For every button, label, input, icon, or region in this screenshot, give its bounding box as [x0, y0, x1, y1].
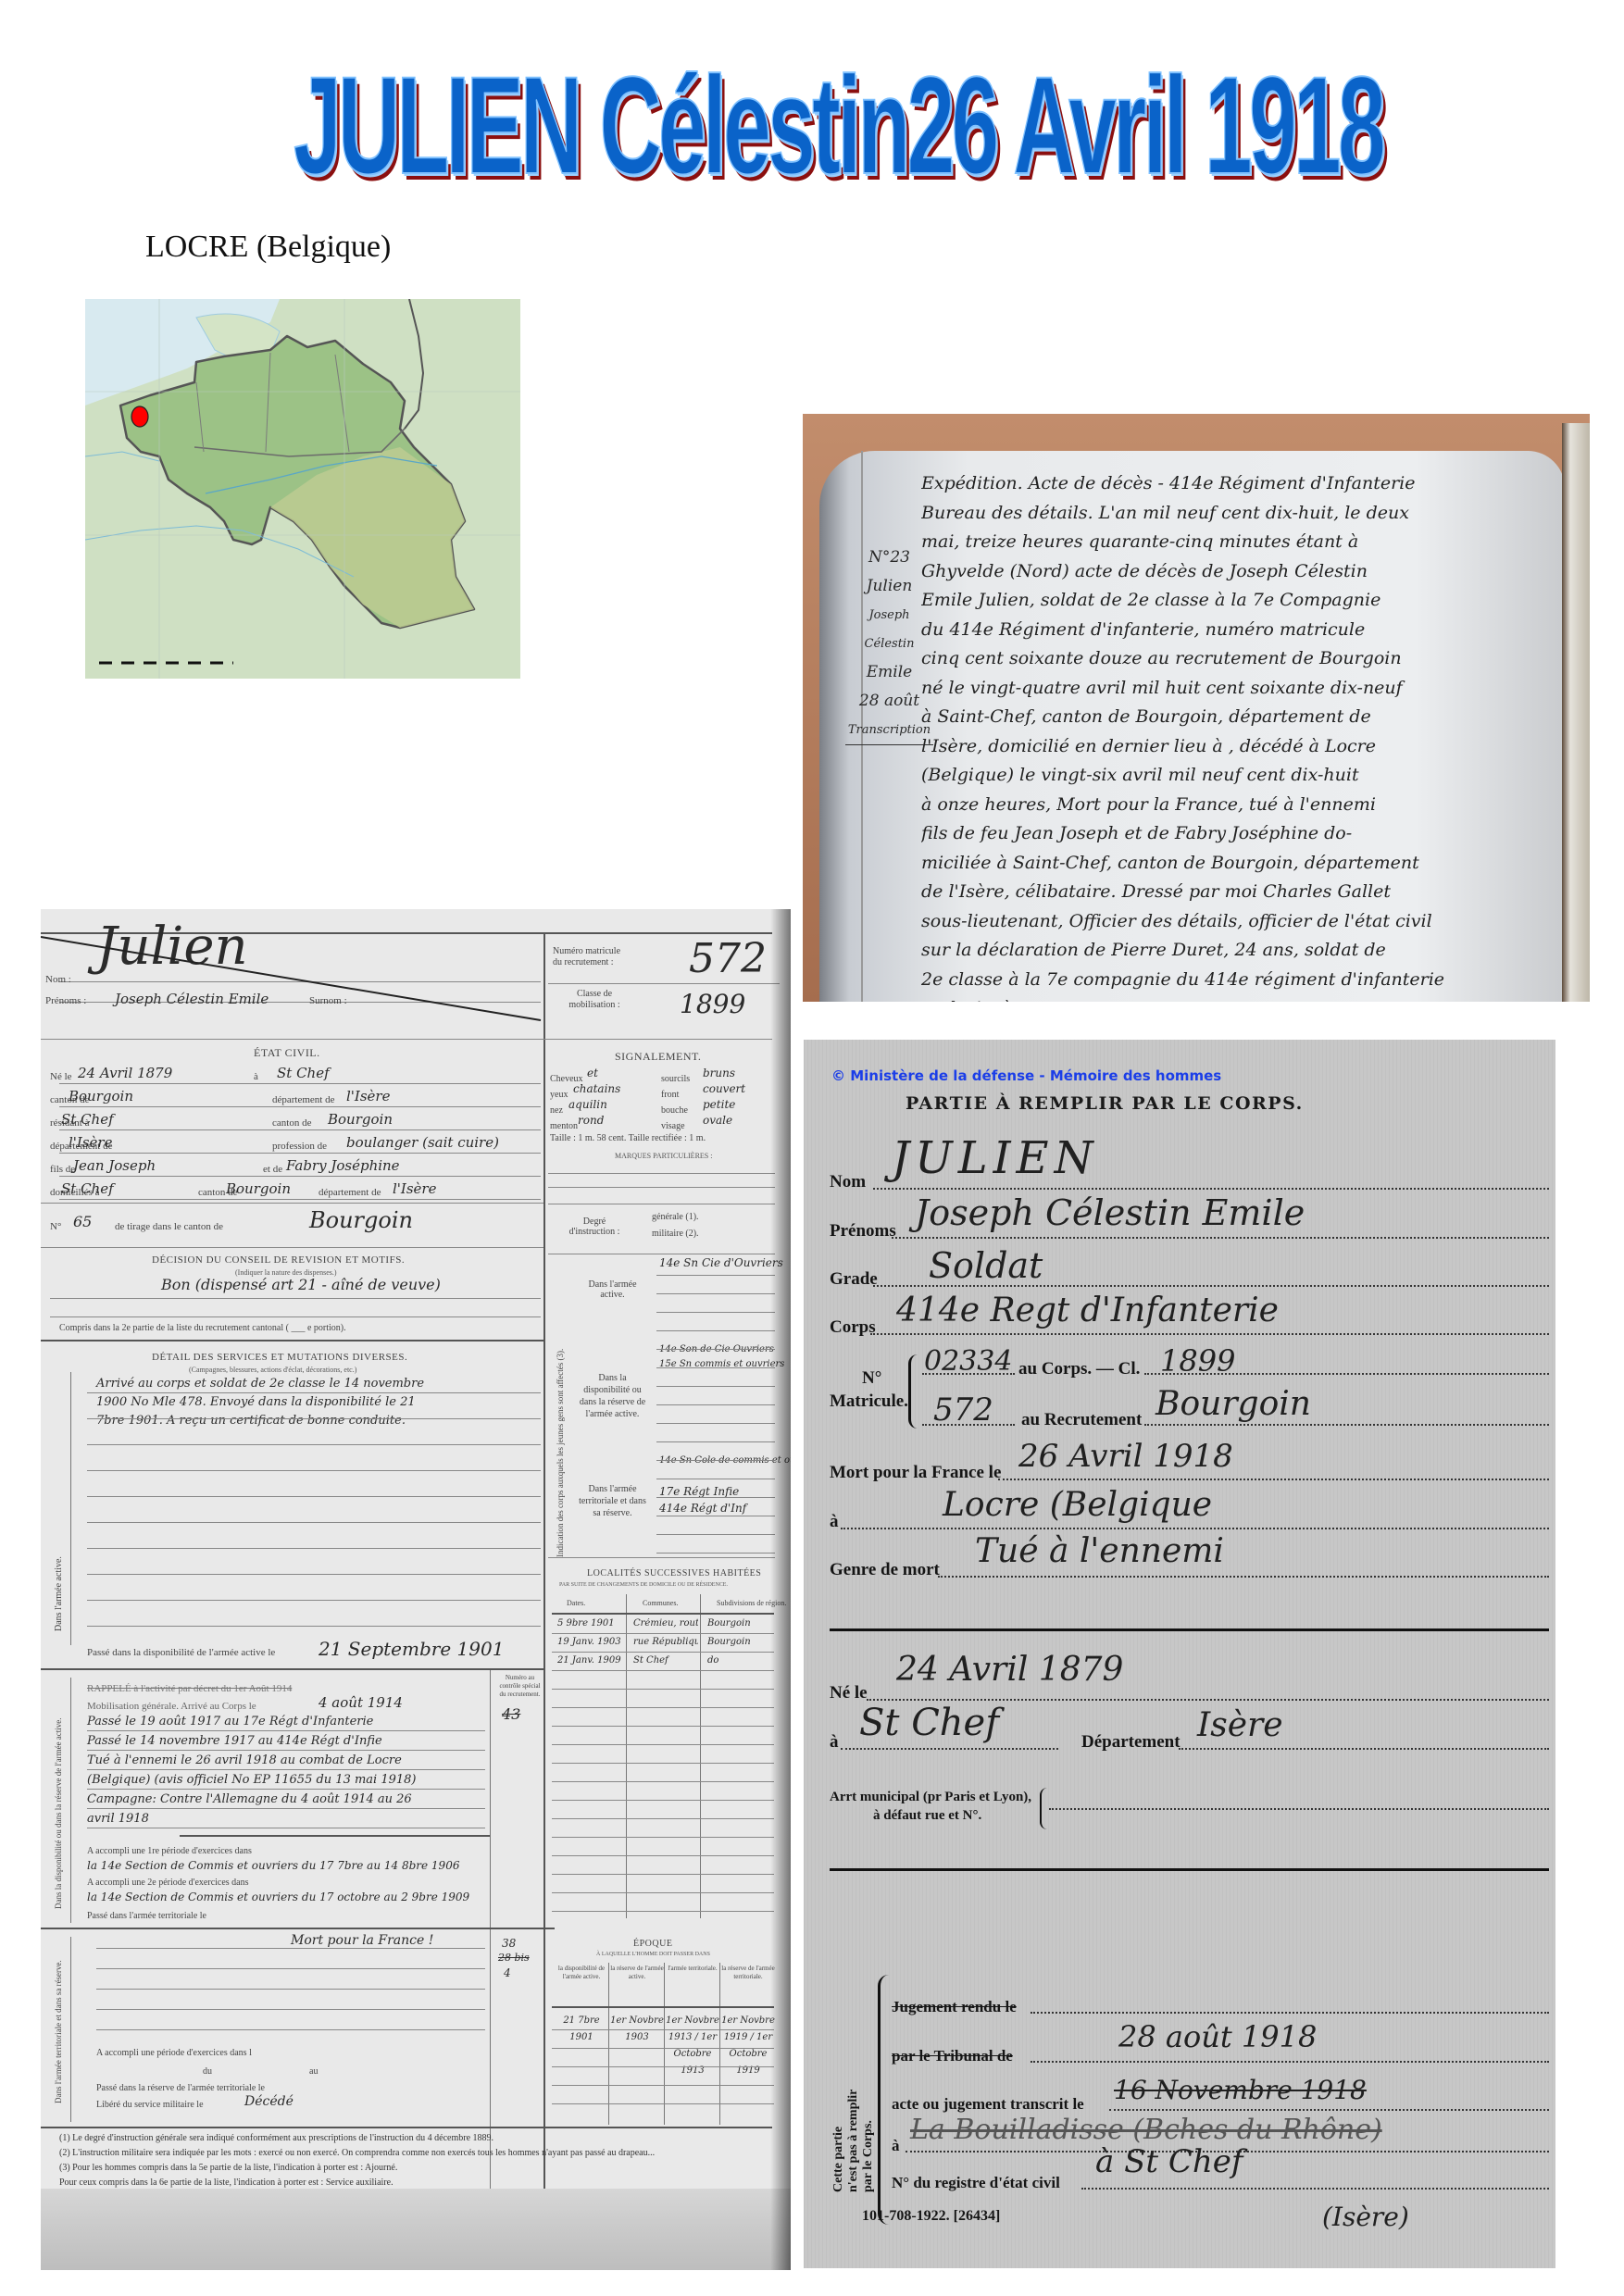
affect-active-value: 14e Sn Cie d'Ouvriers [659, 1256, 783, 1269]
fiche-corps: 414e Regt d'Infanterie [896, 1291, 1279, 1329]
localites-cell: 5 9bre 1901 [557, 1618, 624, 1628]
register-text: Expédition. Acte de décès - 414e Régimen… [921, 469, 1551, 1002]
fiche-mort-lieu: Locre (Belgique [943, 1486, 1212, 1524]
fiche-arr-label-1: Arrt municipal (pr Paris et Lyon), [830, 1790, 1031, 1805]
fiche-classe: 1899 [1160, 1343, 1235, 1379]
register-line: sur la déclaration de Pierre Duret, 24 a… [921, 936, 1551, 966]
periode1-label: A accompli une 1re période d'exercices d… [87, 1846, 252, 1856]
fiche-ne-date: 24 Avril 1879 [896, 1651, 1123, 1689]
signalement-value: petite [703, 1098, 735, 1111]
fiche-grade: Soldat [929, 1245, 1043, 1286]
fiche-registre-label: N° du registre d'état civil [892, 2174, 1060, 2192]
register-line: mai, treize heures quarante-cinq minutes… [921, 528, 1551, 557]
surnom-label: Surnom : [309, 995, 347, 1006]
fiche-mort-pour-la-france: © Ministère de la défense - Mémoire des … [804, 1040, 1555, 2268]
etat-civil-label: département de [319, 1187, 381, 1198]
service-line: avril 1918 [87, 1812, 149, 1826]
epoque-column-header: la réserve de l'armée active. [610, 1965, 664, 1981]
fiche-prenoms-label: Prénoms [830, 1221, 896, 1242]
fiche-side-note: Cette partie n'est pas à remplir par le … [831, 2090, 876, 2192]
detail-line: 1900 No Mle 478. Envoyé dans la disponib… [96, 1395, 416, 1409]
tirage-canton: Bourgoin [309, 1207, 413, 1233]
fiche-genre: Tué à l'ennemi [975, 1532, 1224, 1570]
map-graphic [85, 299, 520, 679]
localites-cell: Bourgoin [707, 1637, 772, 1647]
fiche-footer-code: 101-708-1922. [26434] [862, 2208, 1000, 2225]
periode1-value: la 14e Section de Commis et ouvriers du … [87, 1859, 485, 1872]
signalement-value: aquilin [568, 1098, 607, 1111]
service-line: Passé le 14 novembre 1917 au 414e Régt d… [87, 1734, 382, 1748]
etat-civil-value: Bourgoin [226, 1180, 291, 1197]
etat-civil-label: département de [272, 1094, 335, 1105]
signalement-heading: SIGNALEMENT. [615, 1050, 701, 1064]
prenoms-label: Prénoms : [45, 995, 86, 1006]
passe-reserve-terr-label: Passé dans la réserve de l'armée territo… [96, 2083, 265, 2093]
localites-column-header: Communes. [643, 1599, 678, 1607]
rappele-text: RAPPELÉ à l'activité par décret du 1er A… [87, 1683, 292, 1694]
location-marker-icon [131, 406, 148, 427]
etat-civil-label: Né le [50, 1071, 72, 1082]
etat-civil-value: l'Isère [393, 1180, 436, 1197]
fiche-recrutement: Bourgoin [1156, 1385, 1311, 1423]
register-line: Emile Julien, soldat de 2e classe à la 7… [921, 586, 1551, 616]
fiche-matricule-label: Matricule. [830, 1391, 908, 1412]
epoque-value: 1er Novbre 1913 / 1er Octobre 1913 [666, 2013, 719, 2079]
etat-civil-value: l'Isère [346, 1088, 390, 1104]
etat-civil-value: Fabry Joséphine [286, 1157, 400, 1174]
indication-vertical: Indication des corps auxquels les jeunes… [556, 1349, 565, 1557]
fiche-departement: Isère [1197, 1706, 1283, 1744]
epoque-sub: À LAQUELLE L'HOMME DOIT PASSER DANS [596, 1952, 710, 1957]
side-label-territoriale: Dans l'armée territoriale et dans sa rés… [54, 1960, 63, 2103]
register-line: Ghyvelde (Nord) acte de décès de Joseph … [921, 557, 1551, 587]
death-register-photo: N°23 Julien Joseph Célestin Emile 28 aoû… [803, 414, 1590, 1002]
fiche-transcrit-label: acte ou jugement transcrit le [892, 2095, 1084, 2114]
etat-civil-value: Bourgoin [69, 1088, 133, 1104]
signalement-label: menton [550, 1121, 578, 1131]
epoque-heading: ÉPOQUE [633, 1939, 672, 1949]
fiche-mort-label: Mort pour la France le [830, 1463, 1001, 1483]
fiche-matricule-corps: 02334 [924, 1345, 1012, 1378]
location-label: LOCRE (Belgique) [145, 230, 391, 265]
etat-civil-value: l'Isère [69, 1134, 112, 1151]
fiche-registre-value: à St Chef [1095, 2143, 1243, 2180]
localites-sub: PAR SUITE DE CHANGEMENTS DE DOMICILE OU … [559, 1582, 728, 1588]
etat-civil-value: St Chef [277, 1065, 330, 1081]
etat-civil-value: St Chef [61, 1111, 114, 1128]
etat-civil-value: 24 Avril 1879 [78, 1065, 172, 1081]
etat-civil-label: profession de [272, 1141, 327, 1152]
etat-civil-value: St Chef [61, 1180, 114, 1197]
fiche-au-recrutement-label: au Recrutement [1021, 1410, 1142, 1430]
signalement-value: rond [578, 1114, 604, 1127]
page-title: JULIEN Célestin26 Avril 1918 [508, 37, 1168, 213]
footnote: (3) Pour les hommes compris dans la 5e p… [59, 2163, 772, 2173]
signalement-value: chatains [573, 1082, 620, 1095]
fiche-mort-date: 26 Avril 1918 [1018, 1438, 1233, 1475]
etat-civil-value: boulanger (sait cuire) [346, 1134, 499, 1151]
signalement-label: bouche [661, 1105, 688, 1116]
signalement-value: et [587, 1067, 598, 1079]
register-sidenote: N°23 Julien Joseph Célestin Emile 28 aoû… [845, 543, 933, 745]
signalement-value: bruns [703, 1067, 735, 1079]
marques-label: MARQUES PARTICULIÈRES : [615, 1152, 712, 1160]
detail-line: Arrivé au corps et soldat de 2e classe l… [96, 1377, 424, 1391]
fiche-prenoms: Joseph Célestin Emile [915, 1192, 1305, 1233]
localites-cell: do [707, 1655, 772, 1666]
side-label-active: Dans l'armée active. [54, 1556, 64, 1631]
etat-civil-label: et de [263, 1164, 282, 1175]
periode-terr-label: A accompli une période d'exercices dans … [96, 2048, 252, 2058]
fiche-tribunal-value: 28 août 1918 [1118, 2019, 1317, 2054]
epoque-column-header: la réserve de l'armée territoriale. [721, 1965, 775, 1981]
libere-label: Libéré du service militaire le [96, 2100, 204, 2110]
passe-territoriale-label: Passé dans l'armée territoriale le [87, 1911, 206, 1921]
etat-civil-value: Jean Joseph [73, 1157, 156, 1174]
title-date: 26 Avril 1918 [907, 56, 1383, 194]
mobilisation-date: 4 août 1914 [319, 1694, 403, 1711]
etat-civil-value: Bourgoin [328, 1111, 393, 1128]
tirage-number: 65 [73, 1213, 92, 1230]
localites-cell: Crémieu, route ... [633, 1618, 698, 1628]
service-line: Passé le 19 août 1917 au 17e Régt d'Infa… [87, 1715, 373, 1728]
register-line: (Belgique) le vingt-six avril mil neuf c… [921, 761, 1551, 791]
localites-cell: 21 Janv. 1909 [557, 1655, 624, 1666]
fiche-departement-label: Département [1081, 1732, 1181, 1753]
copyright-notice: © Ministère de la défense - Mémoire des … [831, 1067, 1221, 1084]
signalement-label: front [661, 1090, 679, 1100]
fiche-ne-label: Né le [830, 1683, 868, 1703]
etat-civil-label: à [254, 1071, 258, 1082]
signalement-label: visage [661, 1121, 685, 1131]
localites-cell: Bourgoin [707, 1618, 772, 1628]
register-line: et de Arsène ... [921, 994, 1551, 1002]
passe-dispo-date: 21 Septembre 1901 [319, 1638, 504, 1660]
classe-label: Classe de mobilisation : [557, 989, 631, 1011]
belgium-map [85, 299, 520, 679]
epoque-value: 1er Novbre 1919 / 1er Octobre 1919 [721, 2013, 775, 2079]
detail-line: 7bre 1901. A reçu un certificat de bonne… [96, 1414, 406, 1428]
localites-cell: rue République [633, 1637, 698, 1647]
taille-text: Taille : 1 m. 58 cent. Taille rectifiée … [550, 1133, 706, 1143]
register-line: miciliée à Saint-Chef, canton de Bourgoi… [921, 849, 1551, 879]
numero-controle-label: Numéro au contrôle spécial du recrutemen… [499, 1674, 541, 1699]
signalement-label: nez [550, 1105, 563, 1116]
side-label-dispo: Dans la disponibilité ou dans la réserve… [54, 1717, 63, 1909]
register-line: l'Isère, domicilié en dernier lieu à , d… [921, 732, 1551, 762]
register-line: de l'Isère, célibataire. Dressé par moi … [921, 878, 1551, 907]
service-line: (Belgique) (avis officiel No EP 11655 du… [87, 1773, 417, 1787]
passe-dispo-label: Passé dans la disponibilité de l'armée a… [87, 1647, 275, 1658]
numero-label: Numéro matricule du recrutement : [553, 946, 627, 968]
register-line: à onze heures, Mort pour la France, tué … [921, 791, 1551, 820]
fiche-no-label: N° [862, 1368, 881, 1389]
decision-heading: DÉCISION DU CONSEIL DE REVISION ET MOTIF… [152, 1254, 405, 1266]
signalement-label: yeux [550, 1090, 568, 1100]
fiche-tribunal-label: par le Tribunal de [892, 2047, 1013, 2065]
fiche-registre-value-2: (Isère) [1322, 2202, 1409, 2232]
detail-heading: DÉTAIL DES SERVICES ET MUTATIONS DIVERSE… [152, 1352, 407, 1363]
etat-civil-label: canton de [272, 1117, 311, 1129]
register-line: fils de feu Jean Joseph et de Fabry José… [921, 819, 1551, 849]
register-line: Bureau des détails. L'an mil neuf cent d… [921, 499, 1551, 529]
signalement-value: couvert [703, 1082, 745, 1095]
fiche-au-corps-label: au Corps. — Cl. [1018, 1359, 1140, 1379]
localites-cell: 19 Janv. 1903 [557, 1637, 624, 1647]
footnote: (2) L'instruction militaire sera indiqué… [59, 2148, 772, 2158]
fiche-transcrit-value: 16 Novembre 1918 [1114, 2075, 1367, 2105]
service-line: Tué à l'ennemi le 26 avril 1918 au comba… [87, 1753, 402, 1767]
epoque-column-header: l'armée territoriale. [666, 1965, 719, 1973]
etat-civil-heading: ÉTAT CIVIL. [254, 1046, 320, 1060]
fiche-a-label: à [830, 1512, 839, 1532]
localites-heading: LOCALITÉS SUCCESSIVES HABITÉES [587, 1568, 761, 1578]
register-line: Expédition. Acte de décès - 414e Régimen… [921, 469, 1551, 499]
numero-controle-value: 43 [502, 1705, 520, 1723]
title-name: JULIEN Célestin [294, 56, 907, 194]
detail-sub: (Campagnes, blessures, actions d'éclat, … [189, 1366, 356, 1374]
fiche-header: PARTIE À REMPLIR PAR LE CORPS. [906, 1093, 1304, 1114]
register-page: N°23 Julien Joseph Célestin Emile 28 aoû… [819, 451, 1565, 1002]
epoque-column-header: la disponibilité de l'armée active. [555, 1965, 608, 1981]
register-line: 2e classe à la 7e compagnie du 414e régi… [921, 966, 1551, 995]
service-line: Campagne: Contre l'Allemagne du 4 août 1… [87, 1792, 412, 1806]
classe-value: 1899 [680, 989, 745, 1019]
fiche-matricule-recrutement: 572 [933, 1391, 993, 1429]
decision-value: Bon (dispensé art 21 - aîné de veuve) [161, 1276, 441, 1293]
nom-strike-line [41, 909, 545, 1039]
mort-pour-la-france: Mort pour la France ! [291, 1933, 433, 1948]
register-line: sous-lieutenant, Officier des détails, o… [921, 907, 1551, 937]
periode2-value: la 14e Section de Commis et ouvriers du … [87, 1890, 485, 1903]
mobilisation-label: Mobilisation générale. Arrivé au Corps l… [87, 1701, 256, 1712]
prenoms-value: Joseph Célestin Emile [115, 991, 269, 1007]
periode2-label: A accompli une 2e période d'exercices da… [87, 1878, 249, 1888]
affect-active-label: Dans l'armée active. [578, 1279, 647, 1300]
fiche-jugement-label: Jugement rendu le [892, 1998, 1017, 2016]
fiche-genre-label: Genre de mort [830, 1560, 940, 1580]
tirage-label: de tirage dans le canton de [115, 1221, 223, 1232]
etat-civil-label: fils de [50, 1164, 75, 1175]
compris-text: Compris dans la 2e partie de la liste du… [59, 1323, 346, 1333]
numero-value: 572 [689, 935, 767, 982]
signalement-label: sourcils [661, 1074, 690, 1084]
fiche-corps-label: Corps [830, 1317, 876, 1338]
footnote: (1) Le degré d'instruction générale sera… [59, 2133, 772, 2143]
affect-dispo-label: Dans la disponibilité ou dans la réserve… [578, 1372, 647, 1420]
registre-matricule: Nom : Julien Prénoms : Joseph Célestin E… [41, 909, 791, 2270]
fiche-ne-lieu: St Chef [859, 1702, 999, 1744]
libere-value: Décédé [244, 2094, 294, 2109]
fiche-nom: JULIEN [892, 1132, 1099, 1184]
signalement-value: ovale [703, 1114, 732, 1127]
fiche-arr-label-2: à défaut rue et N°. [873, 1808, 981, 1824]
register-line: du 414e Régiment d'infanterie, numéro ma… [921, 616, 1551, 645]
localites-column-header: Dates. [567, 1599, 585, 1607]
localites-cell: St Chef [633, 1655, 698, 1666]
register-line: né le vingt-quatre avril mil huit cent s… [921, 674, 1551, 704]
footnote: Pour ceux compris dans la 6e partie de l… [59, 2177, 772, 2188]
fiche-grade-label: Grade [830, 1269, 878, 1290]
affect-terr-label: Dans l'armée territoriale et dans sa rés… [578, 1483, 647, 1519]
register-line: cinq cent soixante douze au recrutement … [921, 644, 1551, 674]
fiche-ne-a-label: à [830, 1732, 839, 1753]
degre-label: Degré d'instruction : [567, 1217, 622, 1237]
fiche-nom-label: Nom [830, 1172, 866, 1192]
register-line: à Saint-Chef, canton de Bourgoin, départ… [921, 703, 1551, 732]
fiche-transcrit-lieu: La Bouilladisse (Bches du Rhône) [910, 2114, 1382, 2146]
